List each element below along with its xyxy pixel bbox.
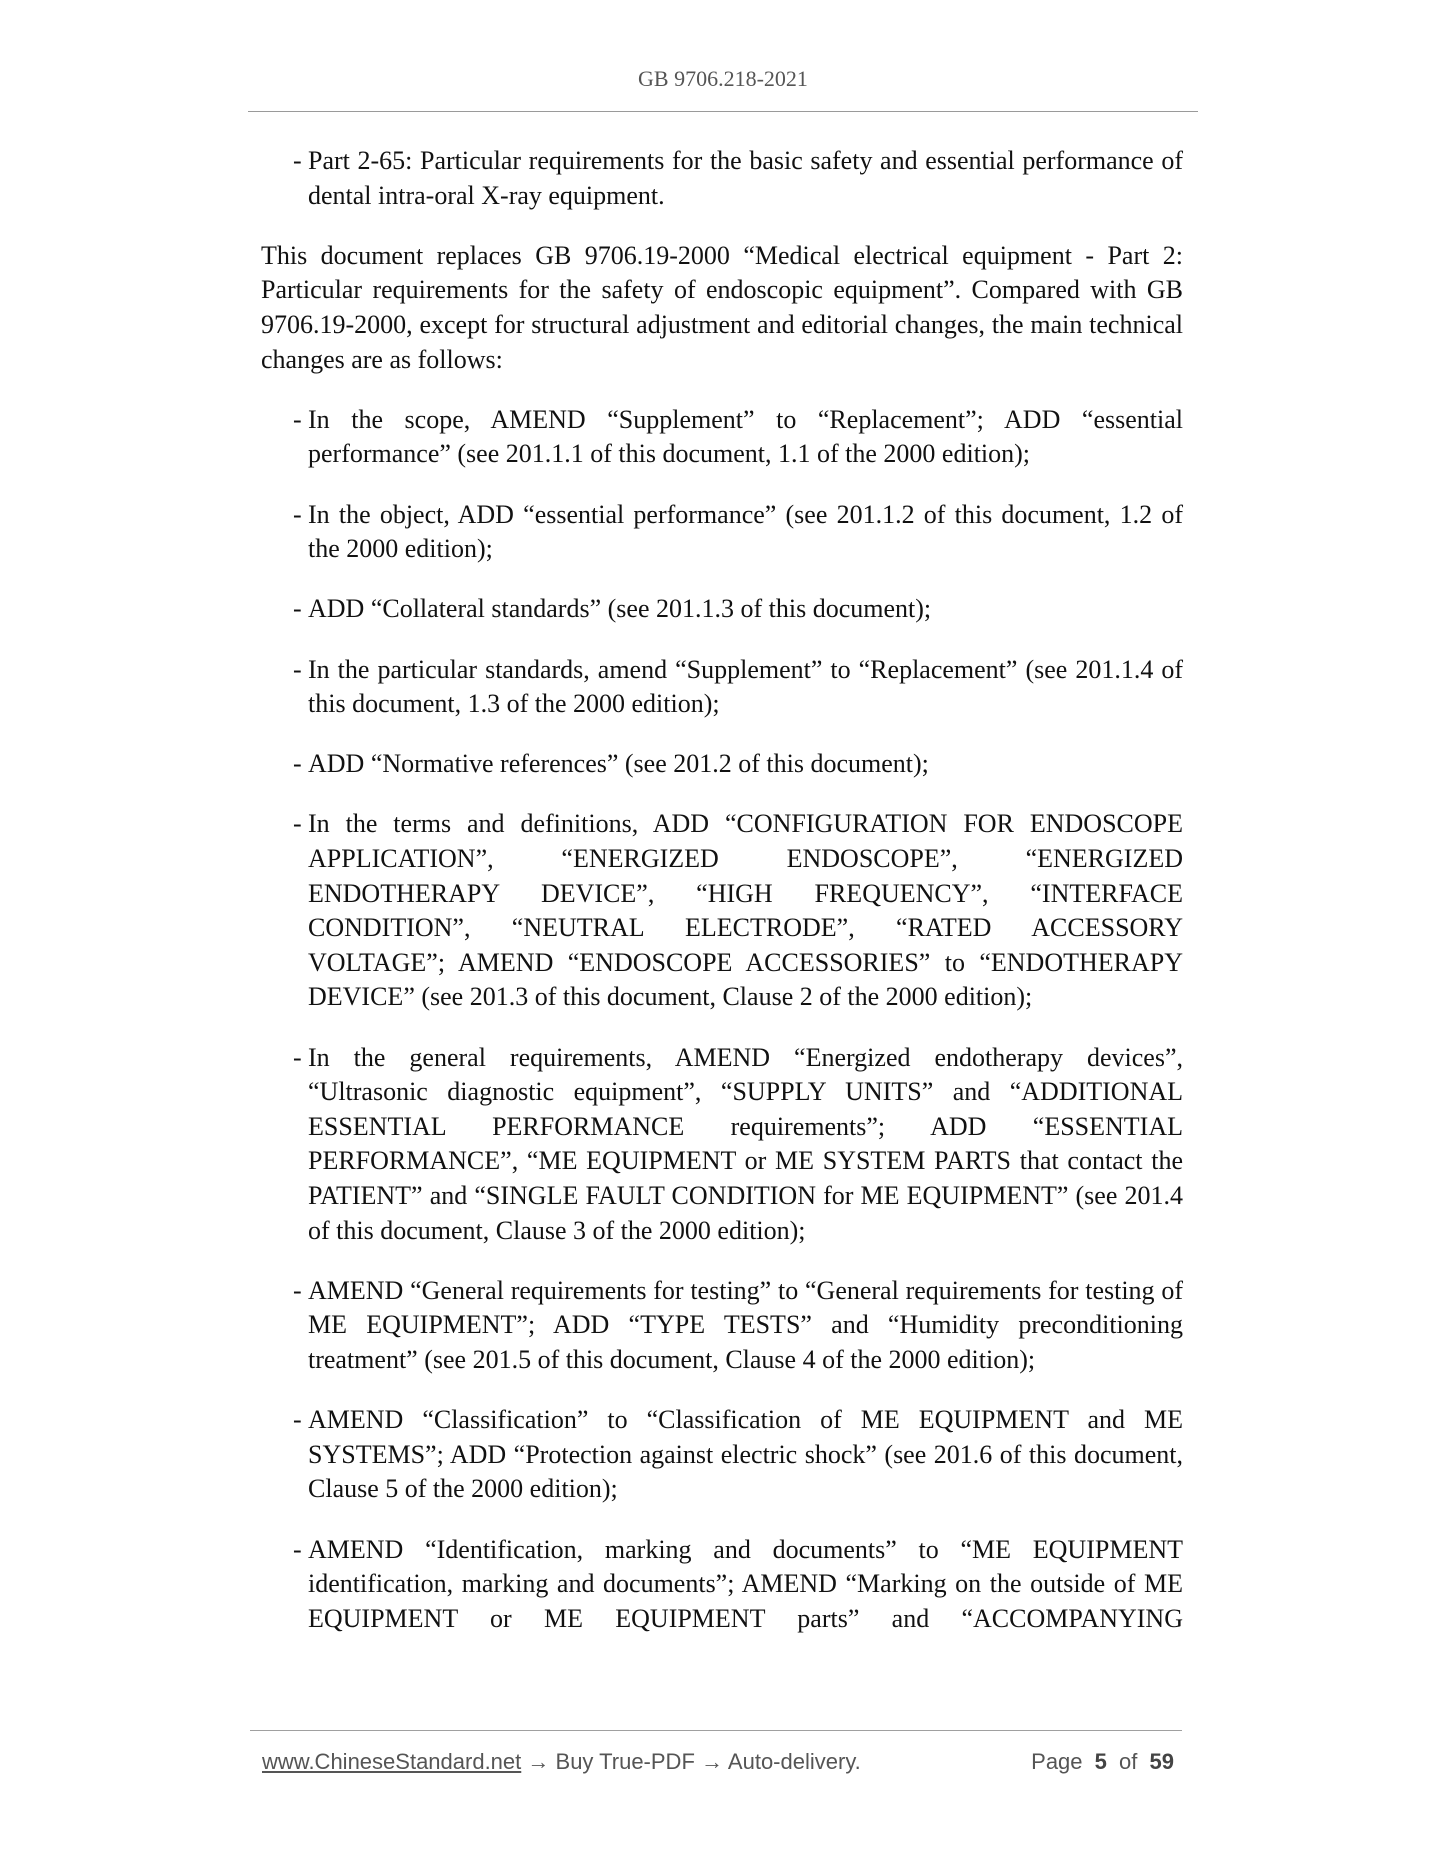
change-text: ADD “Collateral standards” (see 201.1.3 … [308, 592, 1183, 627]
document-body: - Part 2-65: Particular requirements for… [261, 144, 1183, 1662]
change-text: In the particular standards, amend “Supp… [308, 653, 1183, 722]
page-indicator: Page 5 of 59 [1031, 1748, 1174, 1776]
change-text: In the scope, AMEND “Supplement” to “Rep… [308, 403, 1183, 472]
change-text: In the object, ADD “essential performanc… [308, 498, 1183, 567]
change-item: - AMEND “General requirements for testin… [293, 1274, 1183, 1378]
buy-text: Buy True-PDF [556, 1749, 695, 1774]
change-text: AMEND “Identification, marking and docum… [308, 1533, 1183, 1637]
footer-divider [250, 1730, 1182, 1731]
change-item: - ADD “Collateral standards” (see 201.1.… [293, 592, 1183, 627]
change-text: AMEND “General requirements for testing”… [308, 1274, 1183, 1378]
bullet-dash: - [293, 1533, 302, 1568]
page-footer: www.ChineseStandard.net → Buy True-PDF →… [262, 1748, 1174, 1776]
change-text: In the general requirements, AMEND “Ener… [308, 1041, 1183, 1249]
bullet-dash: - [293, 1403, 302, 1438]
bullet-dash: - [293, 747, 302, 782]
bullet-dash: - [293, 592, 302, 627]
change-item: - In the object, ADD “essential performa… [293, 498, 1183, 567]
intro-bullet: - Part 2-65: Particular requirements for… [293, 144, 1183, 213]
change-item: - In the general requirements, AMEND “En… [293, 1041, 1183, 1249]
current-page: 5 [1095, 1749, 1107, 1774]
document-header: GB 9706.218-2021 [248, 66, 1198, 92]
change-item: - AMEND “Classification” to “Classificat… [293, 1403, 1183, 1507]
change-item: - In the particular standards, amend “Su… [293, 653, 1183, 722]
change-item: - In the terms and definitions, ADD “CON… [293, 807, 1183, 1015]
change-item: - ADD “Normative references” (see 201.2 … [293, 747, 1183, 782]
bullet-dash: - [293, 403, 302, 438]
bullet-dash: - [293, 1041, 302, 1076]
bullet-dash: - [293, 807, 302, 842]
bullet-dash: - [293, 498, 302, 533]
change-item: - AMEND “Identification, marking and doc… [293, 1533, 1183, 1637]
bullet-dash: - [293, 653, 302, 688]
change-item: - In the scope, AMEND “Supplement” to “R… [293, 403, 1183, 472]
change-text: ADD “Normative references” (see 201.2 of… [308, 747, 1183, 782]
total-pages: 59 [1150, 1749, 1174, 1774]
header-divider [248, 111, 1198, 112]
bullet-dash: - [293, 144, 302, 179]
bullet-dash: - [293, 1274, 302, 1309]
change-text: In the terms and definitions, ADD “CONFI… [308, 807, 1183, 1015]
page-of: of [1119, 1749, 1137, 1774]
change-text: AMEND “Classification” to “Classificatio… [308, 1403, 1183, 1507]
arrow-icon: → [527, 1749, 549, 1774]
website-link[interactable]: www.ChineseStandard.net [262, 1749, 521, 1774]
page-label: Page [1031, 1749, 1082, 1774]
delivery-text: Auto-delivery. [728, 1749, 861, 1774]
bullet-text: Part 2-65: Particular requirements for t… [308, 144, 1183, 213]
arrow-icon: → [701, 1749, 723, 1774]
body-paragraph: This document replaces GB 9706.19-2000 “… [261, 239, 1183, 377]
